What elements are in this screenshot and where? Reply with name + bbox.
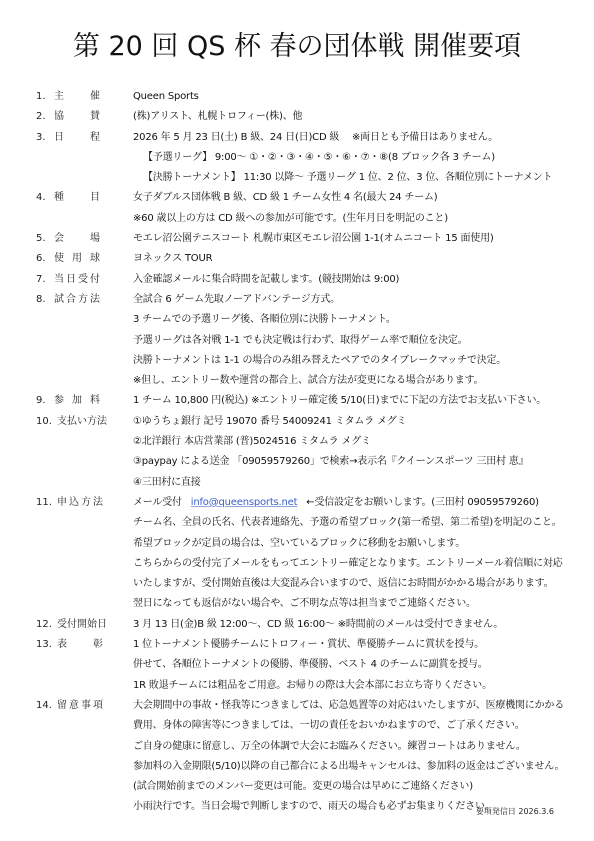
section-label: 使用球 [54, 249, 100, 269]
section-payment: 10. 支払い方法 ①ゆうちょ銀行 記号 19070 番号 54009241 ミ… [0, 412, 594, 432]
section-value: ②北洋銀行 本店営業部 (普)5024516 ミタムラ メグミ [133, 432, 371, 452]
section-value: 1R 敗退チームには粗品をご用意。お帰りの際は大会本部にお立ち寄りください。 [133, 676, 492, 696]
section-value: 参加料の入金期限(5/10)以降の自己都合による出場キャンセルは、参加料の返金は… [133, 757, 564, 777]
section-value: ※但し、エントリー数や運営の都合上、試合方法が変更になる場合があります。 [133, 371, 483, 391]
section-label: 当日受付 [54, 270, 100, 290]
section-value: 1 位トーナメント優勝チームにトロフィー・賞状、準優勝チームに賞状を授与。 [133, 635, 484, 655]
section-value: 2026 年 5 月 23 日(土) B 級、24 日(日)CD 級 ※両日とも… [133, 128, 498, 148]
email-link[interactable]: info@queensports.net [191, 497, 298, 508]
email-label: メール受付 [133, 497, 182, 508]
section-label: 表彰 [57, 635, 103, 655]
section-label: 種目 [54, 188, 100, 208]
payment-line: ④三田村に直接 [0, 473, 594, 493]
notes-line: 参加料の入金期限(5/10)以降の自己都合による出場キャンセルは、参加料の返金は… [0, 757, 594, 777]
section-label: 会場 [54, 229, 100, 249]
section-number: 13. [36, 635, 52, 655]
section-label: 協賛 [54, 107, 100, 127]
section-reception: 7. 当日受付 入金確認メールに集合時間を記載します。(競技開始は 9:00) [0, 270, 594, 290]
section-value: 翌日になっても返信がない場合や、ご不明な点等は担当までご連絡ください。 [133, 594, 476, 614]
section-value: 希望ブロックが定員の場合は、空いているブロックに移動をお願いします。 [133, 534, 465, 554]
section-fee: 9. 参加料 1 チーム 10,800 円(税込) ※エントリー確定後 5/10… [0, 391, 594, 411]
section-value: Queen Sports [133, 87, 199, 107]
section-schedule: 3. 日程 2026 年 5 月 23 日(土) B 級、24 日(日)CD 級… [0, 128, 594, 148]
section-ball: 6. 使用球 ヨネックス TOUR [0, 249, 594, 269]
match-format-line: 3 チームでの予選リーグ後、各順位別に決勝トーナメント。 [0, 310, 594, 330]
awards-line: 1R 敗退チームには粗品をご用意。お帰りの際は大会本部にお立ち寄りください。 [0, 676, 594, 696]
section-number: 9. [36, 391, 46, 411]
issue-date: 要項発信日 2026.3.6 [476, 806, 554, 817]
section-number: 6. [36, 249, 46, 269]
section-value: チーム名、全員の氏名、代表者連絡先、予選の希望ブロック(第一希望、第二希望)を明… [133, 513, 562, 533]
section-value: ※60 歳以上の方は CD 級への参加が可能です。(生年月日を明記のこと) [133, 209, 448, 229]
notes-line: 費用、身体の障害等につきましては、一切の責任をおいかねますので、ご了承ください。 [0, 716, 594, 736]
section-number: 8. [36, 290, 46, 310]
section-organizer: 1. 主催 Queen Sports [0, 87, 594, 107]
payment-line: ③paypay による送金 「09059579260」で検索→表示名『クイーンス… [0, 452, 594, 472]
section-value: 決勝トーナメントは 1-1 の場合のみ組み替えたペアでのタイブレークマッチで決定… [133, 351, 506, 371]
section-value: 小雨決行です。当日会場で判断しますので、雨天の場合も必ずお集まりください。 [133, 797, 495, 817]
section-number: 4. [36, 188, 46, 208]
section-number: 10. [36, 412, 52, 432]
application-line: チーム名、全員の氏名、代表者連絡先、予選の希望ブロック(第一希望、第二希望)を明… [0, 513, 594, 533]
section-number: 1. [36, 87, 46, 107]
section-value: 3 月 13 日(金)B 級 12:00～、CD 級 16:00～ ※時間前のメ… [133, 615, 503, 635]
application-line: 希望ブロックが定員の場合は、空いているブロックに移動をお願いします。 [0, 534, 594, 554]
email-note: ←受信設定をお願いします。(三田村 09059579260) [306, 497, 539, 508]
section-value: 費用、身体の障害等につきましては、一切の責任をおいかねますので、ご了承ください。 [133, 716, 525, 736]
section-application: 11. 申込方法 メール受付 info@queensports.net ←受信設… [0, 493, 594, 513]
section-number: 3. [36, 128, 46, 148]
section-value: ③paypay による送金 「09059579260」で検索→表示名『クイーンス… [133, 452, 528, 472]
section-number: 7. [36, 270, 46, 290]
application-line: 翌日になっても返信がない場合や、ご不明な点等は担当までご連絡ください。 [0, 594, 594, 614]
section-value: 予選リーグは各対戦 1-1 でも決定戦は行わず、取得ゲーム率で順位を決定。 [133, 331, 468, 351]
section-value: 【決勝トーナメント】 11:30 以降～ 予選リーグ 1 位、2 位、3 位、各… [143, 168, 552, 188]
section-value: ご自身の健康に留意し、万全の体調で大会にお臨みください。練習コートはありません。 [133, 737, 526, 757]
section-number: 2. [36, 107, 46, 127]
section-number: 12. [36, 615, 52, 635]
section-value: 【予選リーグ】 9:00～ ①・②・③・④・⑤・⑥・⑦・⑧(8 ブロック各 3 … [143, 148, 495, 168]
section-number: 14. [36, 696, 52, 716]
section-value: モエレ沼公園テニスコート 札幌市東区モエレ沼公園 1-1(オムニコート 15 面… [133, 229, 494, 249]
section-label: 日程 [54, 128, 100, 148]
schedule-final: 【決勝トーナメント】 11:30 以降～ 予選リーグ 1 位、2 位、3 位、各… [0, 168, 594, 188]
section-value: こちらからの受付完了メールをもってエントリー確定となります。エントリーメール着信… [133, 554, 563, 574]
section-number: 5. [36, 229, 46, 249]
section-value: メール受付 info@queensports.net ←受信設定をお願いします。… [133, 493, 539, 513]
section-number: 11. [36, 493, 52, 513]
notes-line: ご自身の健康に留意し、万全の体調で大会にお臨みください。練習コートはありません。 [0, 737, 594, 757]
section-value: ④三田村に直接 [133, 473, 201, 493]
section-label: 主催 [54, 87, 100, 107]
application-line: いたしますが、受付開始直後は大変混み合いますので、返信にお時間がかかる場合があり… [0, 574, 594, 594]
section-value: ①ゆうちょ銀行 記号 19070 番号 54009241 ミタムラ メグミ [133, 412, 406, 432]
section-sponsor: 2. 協賛 (株)アリスト、札幌トロフィー(株)、他 [0, 107, 594, 127]
section-reception-start: 12. 受付開始日 3 月 13 日(金)B 級 12:00～、CD 級 16:… [0, 615, 594, 635]
section-label: 試合方法 [54, 290, 100, 310]
section-notes: 14. 留意事項 大会期間中の事故・怪我等につきましては、応急処置等の対応はいた… [0, 696, 594, 716]
section-value: 女子ダブルス団体戦 B 級、CD 級 1 チーム女性 4 名(最大 24 チーム… [133, 188, 438, 208]
section-label: 受付開始日 [57, 615, 117, 635]
section-match-format: 8. 試合方法 全試合 6 ゲーム先取ノーアドバンテージ方式。 [0, 290, 594, 310]
document-title: 第 20 回 QS 杯 春の団体戦 開催要項 [0, 24, 594, 63]
section-value: いたしますが、受付開始直後は大変混み合いますので、返信にお時間がかかる場合があり… [133, 574, 553, 594]
match-format-line: 決勝トーナメントは 1-1 の場合のみ組み替えたペアでのタイブレークマッチで決定… [0, 351, 594, 371]
match-format-line: 予選リーグは各対戦 1-1 でも決定戦は行わず、取得ゲーム率で順位を決定。 [0, 331, 594, 351]
section-value: 入金確認メールに集合時間を記載します。(競技開始は 9:00) [133, 270, 399, 290]
document-body: 1. 主催 Queen Sports 2. 協賛 (株)アリスト、札幌トロフィー… [0, 87, 594, 818]
schedule-preliminary: 【予選リーグ】 9:00～ ①・②・③・④・⑤・⑥・⑦・⑧(8 ブロック各 3 … [0, 148, 594, 168]
event-note: ※60 歳以上の方は CD 級への参加が可能です。(生年月日を明記のこと) [0, 209, 594, 229]
payment-line: ②北洋銀行 本店営業部 (普)5024516 ミタムラ メグミ [0, 432, 594, 452]
section-event: 4. 種目 女子ダブルス団体戦 B 級、CD 級 1 チーム女性 4 名(最大 … [0, 188, 594, 208]
section-awards: 13. 表彰 1 位トーナメント優勝チームにトロフィー・賞状、準優勝チームに賞状… [0, 635, 594, 655]
section-value: 1 チーム 10,800 円(税込) ※エントリー確定後 5/10(日)までに下… [133, 391, 546, 411]
section-value: 全試合 6 ゲーム先取ノーアドバンテージ方式。 [133, 290, 340, 310]
awards-line: 併せて、各順位トーナメントの優勝、準優勝、ベスト 4 のチームに副賞を授与。 [0, 655, 594, 675]
application-line: こちらからの受付完了メールをもってエントリー確定となります。エントリーメール着信… [0, 554, 594, 574]
section-value: (試合開始前までのメンバー変更は可能。変更の場合は早めにご連絡ください) [133, 777, 473, 797]
section-label: 留意事項 [57, 696, 103, 716]
section-venue: 5. 会場 モエレ沼公園テニスコート 札幌市東区モエレ沼公園 1-1(オムニコー… [0, 229, 594, 249]
notes-line: (試合開始前までのメンバー変更は可能。変更の場合は早めにご連絡ください) [0, 777, 594, 797]
section-value: 大会期間中の事故・怪我等につきましては、応急処置等の対応はいたしますが、医療機関… [133, 696, 564, 716]
section-label: 参加料 [54, 391, 100, 411]
match-format-line: ※但し、エントリー数や運営の都合上、試合方法が変更になる場合があります。 [0, 371, 594, 391]
section-label: 申込方法 [57, 493, 103, 513]
section-value: 併せて、各順位トーナメントの優勝、準優勝、ベスト 4 のチームに副賞を授与。 [133, 655, 488, 675]
section-value: ヨネックス TOUR [133, 249, 212, 269]
section-value: 3 チームでの予選リーグ後、各順位別に決勝トーナメント。 [133, 310, 396, 330]
section-value: (株)アリスト、札幌トロフィー(株)、他 [133, 107, 302, 127]
section-label: 支払い方法 [57, 412, 117, 432]
